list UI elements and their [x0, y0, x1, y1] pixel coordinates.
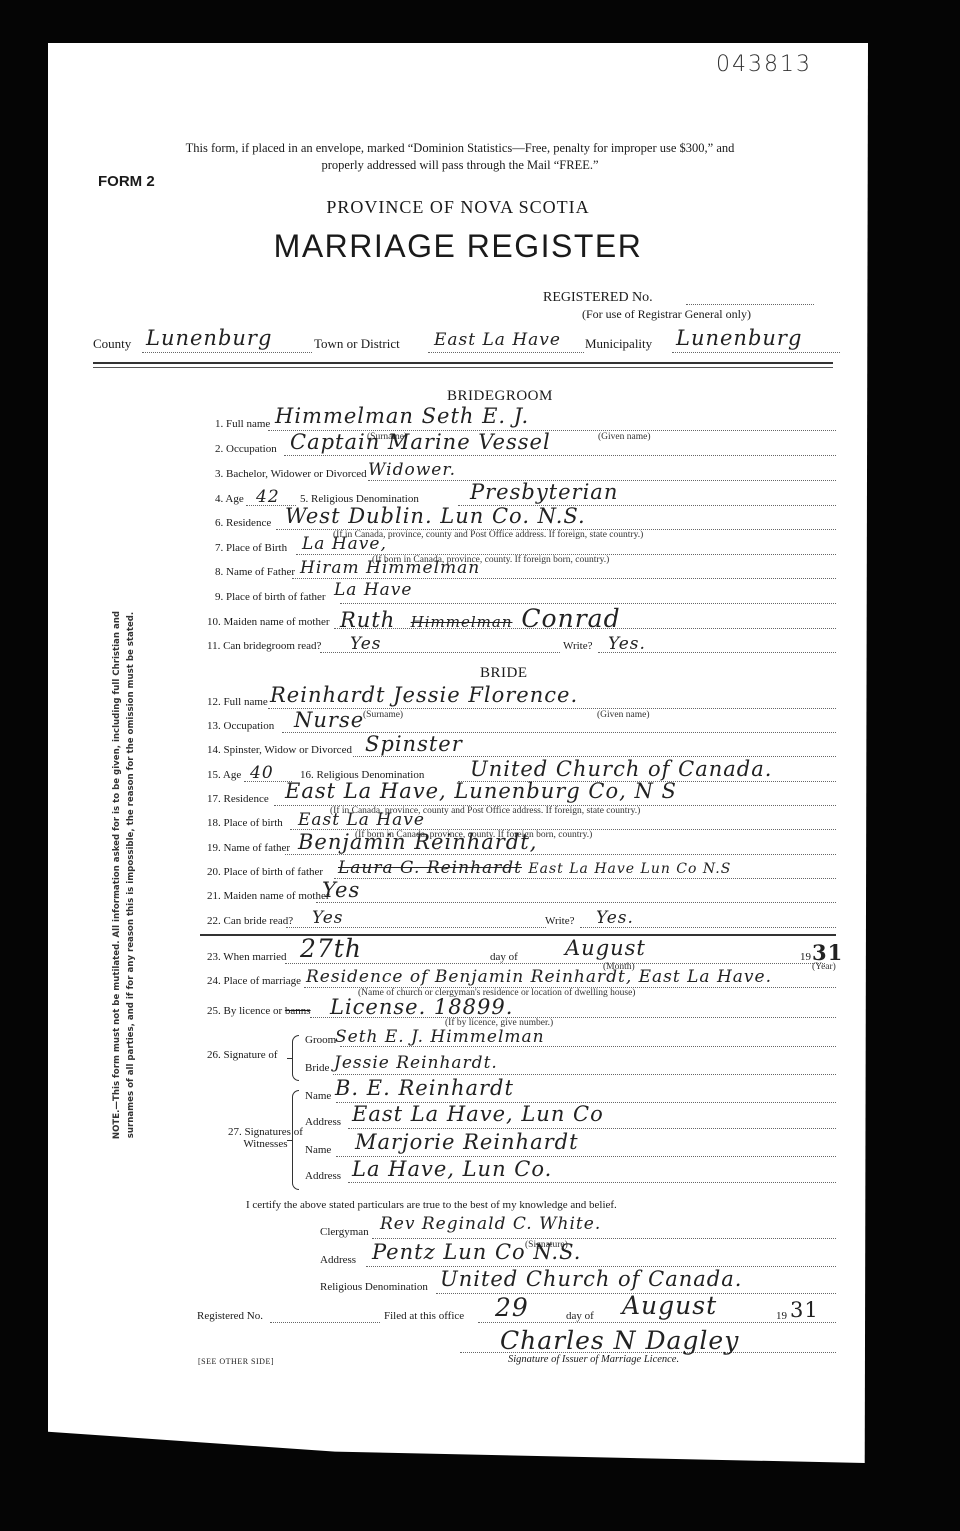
- side-note-line2: surnames of all parties, and if for any …: [124, 560, 138, 1190]
- groom-occupation-dots: [284, 455, 836, 456]
- groom-father-birthplace-label: 9. Place of birth of father: [215, 591, 326, 603]
- witness1-address-label: Address: [305, 1116, 341, 1128]
- groom-birthplace-field[interactable]: La Have,: [302, 534, 387, 554]
- filed-day-of-label: day of: [566, 1310, 594, 1322]
- witness1-address-field[interactable]: East La Have, Lun Co: [352, 1102, 604, 1126]
- groom-marital-status-field[interactable]: Widower.: [368, 460, 456, 480]
- certification-statement: I certify the above stated particulars a…: [246, 1199, 617, 1211]
- licence-number-field[interactable]: License. 18899.: [330, 995, 513, 1019]
- town-field[interactable]: East La Have: [434, 330, 561, 350]
- town-label: Town or District: [314, 336, 400, 352]
- witness1-name-label: Name: [305, 1090, 331, 1102]
- registered-no-label: REGISTERED No.: [543, 290, 653, 306]
- licence-label-text: 25. By licence or: [207, 1005, 282, 1017]
- witness2-name-field[interactable]: Marjorie Reinhardt: [355, 1130, 579, 1154]
- bride-father-field[interactable]: Benjamin Reinhardt,: [298, 830, 537, 854]
- witness1-address-dots: [348, 1128, 836, 1129]
- bride-age-field[interactable]: 40: [250, 763, 274, 783]
- witness2-name-label: Name: [305, 1144, 331, 1156]
- postal-notice-line1: This form, if placed in an envelope, mar…: [110, 140, 810, 157]
- filed-year-field[interactable]: 31: [790, 1298, 819, 1322]
- groom-full-name-label: 1. Full name: [215, 418, 270, 430]
- county-field[interactable]: Lunenburg: [146, 326, 272, 350]
- municipality-field[interactable]: Lunenburg: [676, 326, 802, 350]
- issuer-caption: Signature of Issuer of Marriage Licence.: [508, 1354, 679, 1365]
- filed-day-field[interactable]: 29: [495, 1293, 529, 1322]
- issuer-signature-field[interactable]: Charles N Dagley: [500, 1326, 739, 1355]
- bride-mother-maiden-label: 21. Maiden name of mother: [207, 890, 330, 902]
- clergyman-denomination-label: Religious Denomination: [320, 1281, 428, 1293]
- groom-mother-maiden-field[interactable]: Ruth Himmelman Conrad: [340, 604, 621, 633]
- groom-can-read-label: 11. Can bridegroom read?: [207, 640, 321, 652]
- witnesses-brace: [292, 1090, 299, 1190]
- groom-birthplace-label: 7. Place of Birth: [215, 542, 287, 554]
- groom-marital-status-label: 3. Bachelor, Widower or Divorced: [215, 468, 367, 480]
- bride-father-birthplace-dots: [334, 878, 836, 879]
- municipality-label: Municipality: [585, 336, 652, 352]
- header-double-rule-top: [93, 362, 833, 364]
- witness1-name-field[interactable]: B. E. Reinhardt: [335, 1076, 514, 1100]
- marriage-month-field[interactable]: August: [565, 936, 646, 960]
- bride-can-write-field[interactable]: Yes.: [596, 908, 634, 928]
- groom-can-read-field[interactable]: Yes: [350, 634, 382, 654]
- filed-year-prefix: 19: [776, 1310, 787, 1322]
- bride-birthplace-label: 18. Place of birth: [207, 817, 283, 829]
- bride-residence-label: 17. Residence: [207, 793, 269, 805]
- postal-notice-line2: properly addressed will pass through the…: [110, 157, 810, 174]
- when-married-label: 23. When married: [207, 951, 287, 963]
- day-of-label: day of: [490, 951, 518, 963]
- bridegroom-heading: BRIDEGROOM: [447, 388, 553, 405]
- groom-signature-field[interactable]: Seth E. J. Himmelman: [335, 1027, 545, 1047]
- filed-dots: [478, 1322, 836, 1323]
- bride-mother-maiden-dots: [316, 902, 836, 903]
- bride-father-birthplace-field[interactable]: Laura G. Reinhardt East La Have Lun Co N…: [338, 858, 731, 878]
- side-note: NOTE.—This form must not be mutilated. A…: [110, 560, 138, 1190]
- bride-residence-field[interactable]: East La Have, Lunenburg Co, N S: [285, 779, 677, 803]
- groom-religion-field[interactable]: Presbyterian: [470, 480, 618, 504]
- witness2-address-field[interactable]: La Have, Lun Co.: [352, 1157, 552, 1181]
- clergyman-signature-field[interactable]: Rev Reginald C. White.: [380, 1214, 601, 1234]
- groom-can-write-label: Write?: [563, 640, 592, 652]
- county-dots: [142, 352, 312, 353]
- bride-marital-status-label: 14. Spinster, Widow or Divorced: [207, 744, 352, 756]
- county-label: County: [93, 336, 131, 352]
- bride-full-name-label: 12. Full name: [207, 696, 268, 708]
- groom-full-name-field[interactable]: Himmelman Seth E. J.: [275, 404, 529, 428]
- groom-can-write-field[interactable]: Yes.: [608, 634, 646, 654]
- groom-father-field[interactable]: Hiram Himmelman: [300, 558, 480, 578]
- witness2-address-label: Address: [305, 1170, 341, 1182]
- clergyman-label: Clergyman: [320, 1226, 369, 1238]
- municipality-dots: [672, 352, 840, 353]
- filing-registered-no-label: Registered No.: [197, 1310, 263, 1322]
- signature-of-label: 26. Signature of: [207, 1049, 278, 1061]
- year-prefix: 19: [800, 951, 811, 963]
- marriage-day-field[interactable]: 27th: [300, 934, 362, 963]
- registered-no-field[interactable]: [686, 304, 814, 305]
- when-married-dots: [285, 963, 825, 964]
- groom-mother-given: Ruth: [340, 608, 411, 632]
- filed-label: Filed at this office: [384, 1310, 464, 1322]
- bride-signature-dots: [333, 1074, 836, 1075]
- side-note-line1: NOTE.—This form must not be mutilated. A…: [110, 560, 124, 1190]
- postal-notice: This form, if placed in an envelope, mar…: [110, 140, 810, 174]
- bride-signature-label: Bride: [305, 1062, 329, 1074]
- banns-struck: banns: [285, 1005, 311, 1017]
- filing-registered-no-field[interactable]: [270, 1322, 380, 1323]
- header-double-rule-bottom: [93, 367, 833, 368]
- bride-can-write-label: Write?: [545, 915, 574, 927]
- bride-can-read-field[interactable]: Yes: [312, 908, 344, 928]
- groom-father-birthplace-field[interactable]: La Have: [334, 580, 412, 600]
- bride-full-name-field[interactable]: Reinhardt Jessie Florence.: [270, 683, 578, 707]
- town-dots: [428, 352, 584, 353]
- bride-signature-field[interactable]: Jessie Reinhardt.: [334, 1053, 498, 1073]
- groom-father-label: 8. Name of Father: [215, 566, 295, 578]
- groom-residence-field[interactable]: West Dublin. Lun Co. N.S.: [285, 504, 586, 528]
- licence-label: 25. By licence or banns: [207, 1005, 311, 1017]
- clergyman-address-label: Address: [320, 1254, 356, 1266]
- groom-given-name-caption: (Given name): [598, 432, 651, 442]
- bride-father-dots: [285, 854, 836, 855]
- witness2-address-dots: [348, 1182, 836, 1183]
- groom-signature-label: Groom: [305, 1034, 336, 1046]
- bride-occupation-field[interactable]: Nurse: [294, 708, 364, 732]
- see-other-side-note: [SEE OTHER SIDE]: [198, 1357, 274, 1366]
- form-number: FORM 2: [98, 173, 155, 190]
- groom-father-dots: [292, 578, 836, 579]
- year-caption: (Year): [812, 962, 836, 972]
- registered-no-note: (For use of Registrar General only): [582, 307, 751, 322]
- bride-birthplace-field[interactable]: East La Have: [298, 810, 425, 830]
- groom-mother-surname: Conrad: [512, 604, 620, 633]
- bride-age-label: 15. Age: [207, 769, 241, 781]
- bride-father-birthplace-label: 20. Place of birth of father: [207, 866, 323, 878]
- bride-father-birthplace-struck: Laura G. Reinhardt: [338, 858, 522, 878]
- bride-section-rule: [200, 934, 836, 936]
- bride-can-read-label: 22. Can bride read?: [207, 915, 293, 927]
- groom-mother-struck: Himmelman: [411, 613, 513, 631]
- bride-father-birthplace-correct: East La Have Lun Co N.S: [528, 861, 731, 877]
- bride-father-label: 19. Name of father: [207, 842, 290, 854]
- bride-heading: BRIDE: [480, 665, 528, 682]
- clergyman-denomination-field[interactable]: United Church of Canada.: [440, 1267, 742, 1291]
- groom-age-label: 4. Age: [215, 493, 244, 505]
- signature-brace: [292, 1035, 299, 1081]
- filed-month-field[interactable]: August: [622, 1291, 717, 1320]
- bride-religion-field[interactable]: United Church of Canada.: [470, 757, 772, 781]
- groom-occupation-label: 2. Occupation: [215, 443, 277, 455]
- groom-age-field[interactable]: 42: [256, 487, 280, 507]
- bride-mother-maiden-field[interactable]: Yes: [322, 878, 360, 902]
- page-title: MARRIAGE REGISTER: [48, 228, 868, 265]
- place-of-marriage-label: 24. Place of marriage: [207, 975, 301, 987]
- clergyman-address-field[interactable]: Pentz Lun Co N.S.: [372, 1240, 581, 1264]
- bride-surname-caption: (Surname): [363, 710, 403, 720]
- bride-given-name-caption: (Given name): [597, 710, 650, 720]
- groom-residence-label: 6. Residence: [215, 517, 271, 529]
- groom-occupation-field[interactable]: Captain Marine Vessel: [290, 430, 551, 454]
- archive-number: 043813: [716, 52, 812, 77]
- clergyman-dots: [372, 1238, 836, 1239]
- province-heading: PROVINCE OF NOVA SCOTIA: [48, 197, 868, 218]
- bride-occupation-label: 13. Occupation: [207, 720, 274, 732]
- bride-marital-status-field[interactable]: Spinster: [365, 732, 463, 756]
- groom-mother-maiden-label: 10. Maiden name of mother: [207, 616, 330, 628]
- place-of-marriage-field[interactable]: Residence of Benjamin Reinhardt, East La…: [306, 967, 772, 987]
